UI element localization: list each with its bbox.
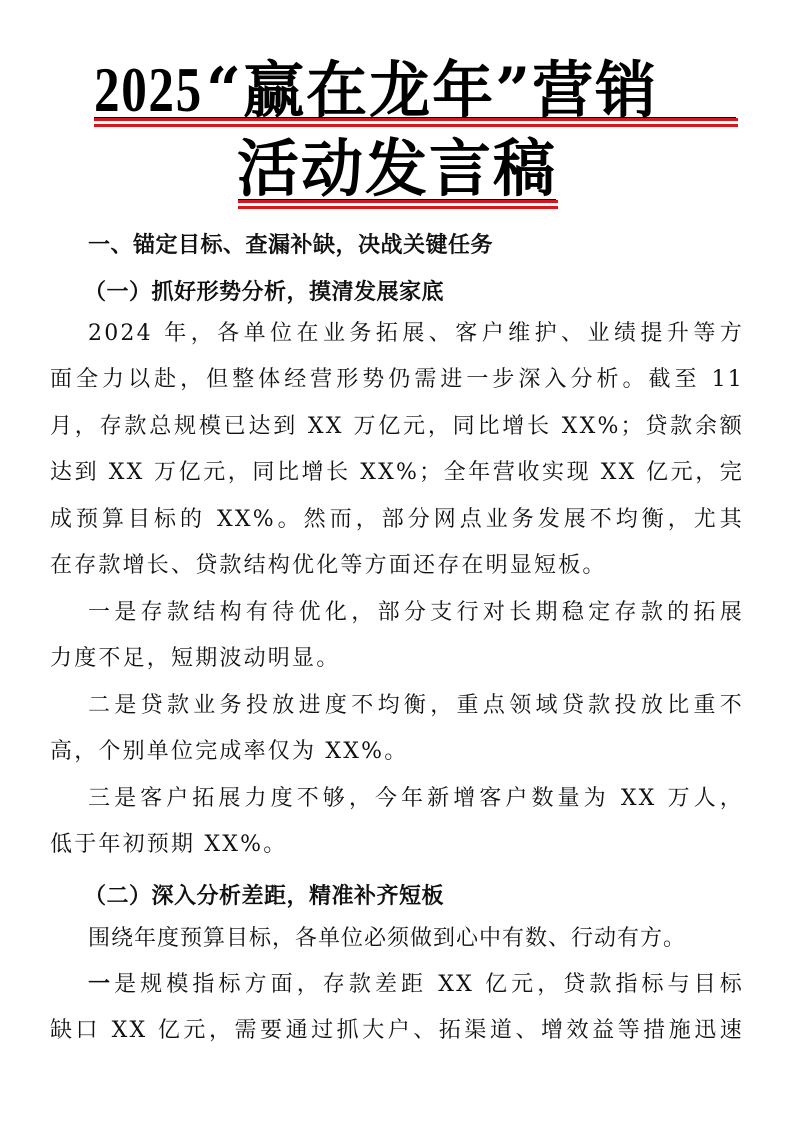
document-page: 2025“赢在龙年”营销 活动发言稿 一、锚定目标、查漏补缺，决战关键任务 （一… <box>0 0 793 1122</box>
paragraph-line-text: 是规模指标方面，存款差距 XX 亿元，贷款指标与目标 <box>114 972 744 997</box>
paragraph-point-2: 二是贷款业务投放进度不均衡，重点领域贷款投放比重不 高，个别单位完成率仅为 XX… <box>50 683 744 776</box>
paragraph-line: 围绕年度预算目标，各单位必须做到心中有数、行动有方。 <box>50 916 744 962</box>
title-underline-red-2b <box>238 206 558 209</box>
paragraph-point-3: 三是客户拓展力度不够，今年新增客户数量为 XX 万人， 低于年初预期 XX%。 <box>50 776 744 869</box>
paragraph-line: 月，存款总规模已达到 XX 万亿元，同比增长 XX%；贷款余额 <box>50 404 744 450</box>
paragraph-line: 一是规模指标方面，存款差距 XX 亿元，贷款指标与目标 <box>50 962 744 1008</box>
paragraph-line: 面全力以赴，但整体经营形势仍需进一步深入分析。截至 11 <box>50 357 744 403</box>
paragraph-line: 一是存款结构有待优化，部分支行对长期稳定存款的拓展 <box>50 590 744 636</box>
paragraph-line: 三是客户拓展力度不够，今年新增客户数量为 XX 万人， <box>50 776 744 822</box>
paragraph-line: 成预算目标的 XX%。然而，部分网点业务发展不均衡，尤其 <box>50 497 744 543</box>
paragraph-line: 低于年初预期 XX%。 <box>50 822 744 868</box>
title-text-1: “赢在龙年”营销 <box>206 55 658 126</box>
title-year: 2025 <box>94 58 203 122</box>
paragraph-line: 缺口 XX 亿元，需要通过抓大户、拓渠道、增效益等措施迅速 <box>50 1008 744 1054</box>
subsection-heading-2: （二）深入分析差距，精准补齐短板 <box>84 879 444 910</box>
title-underline-red-2a <box>238 200 558 203</box>
paragraph-line: 达到 XX 万亿元，同比增长 XX%；全年营收实现 XX 亿元，完 <box>50 450 744 496</box>
paragraph-line: 高，个别单位完成率仅为 XX%。 <box>50 729 744 775</box>
section-heading-1: 一、锚定目标、查漏补缺，决战关键任务 <box>88 228 493 259</box>
paragraph-line: 二是贷款业务投放进度不均衡，重点领域贷款投放比重不 <box>50 683 744 729</box>
document-title-line-1: 2025“赢在龙年”营销 <box>94 58 658 122</box>
paragraph-budget-target: 围绕年度预算目标，各单位必须做到心中有数、行动有方。 <box>50 916 744 962</box>
paragraph-point-1: 一是存款结构有待优化，部分支行对长期稳定存款的拓展 力度不足，短期波动明显。 <box>50 590 744 683</box>
paragraph-line: 2024 年，各单位在业务拓展、客户维护、业绩提升等方 <box>50 311 744 357</box>
paragraph-line: 力度不足，短期波动明显。 <box>50 636 744 682</box>
subsection-heading-1: （一）抓好形势分析，摸清发展家底 <box>84 275 444 306</box>
title-text-2: 活动发言稿 <box>237 138 557 200</box>
document-title-line-2: 活动发言稿 <box>237 138 557 200</box>
paragraph-overview: 2024 年，各单位在业务拓展、客户维护、业绩提升等方 面全力以赴，但整体经营形… <box>50 311 744 589</box>
paragraph-scale-indicators: 一是规模指标方面，存款差距 XX 亿元，贷款指标与目标 缺口 XX 亿元，需要通… <box>50 962 744 1055</box>
paragraph-line: 在存款增长、贷款结构优化等方面还存在明显短板。 <box>50 543 744 589</box>
bold-lead-char: 一 <box>88 972 114 997</box>
title-underline-red-1a <box>94 118 738 121</box>
title-underline-red-1b <box>94 124 738 127</box>
